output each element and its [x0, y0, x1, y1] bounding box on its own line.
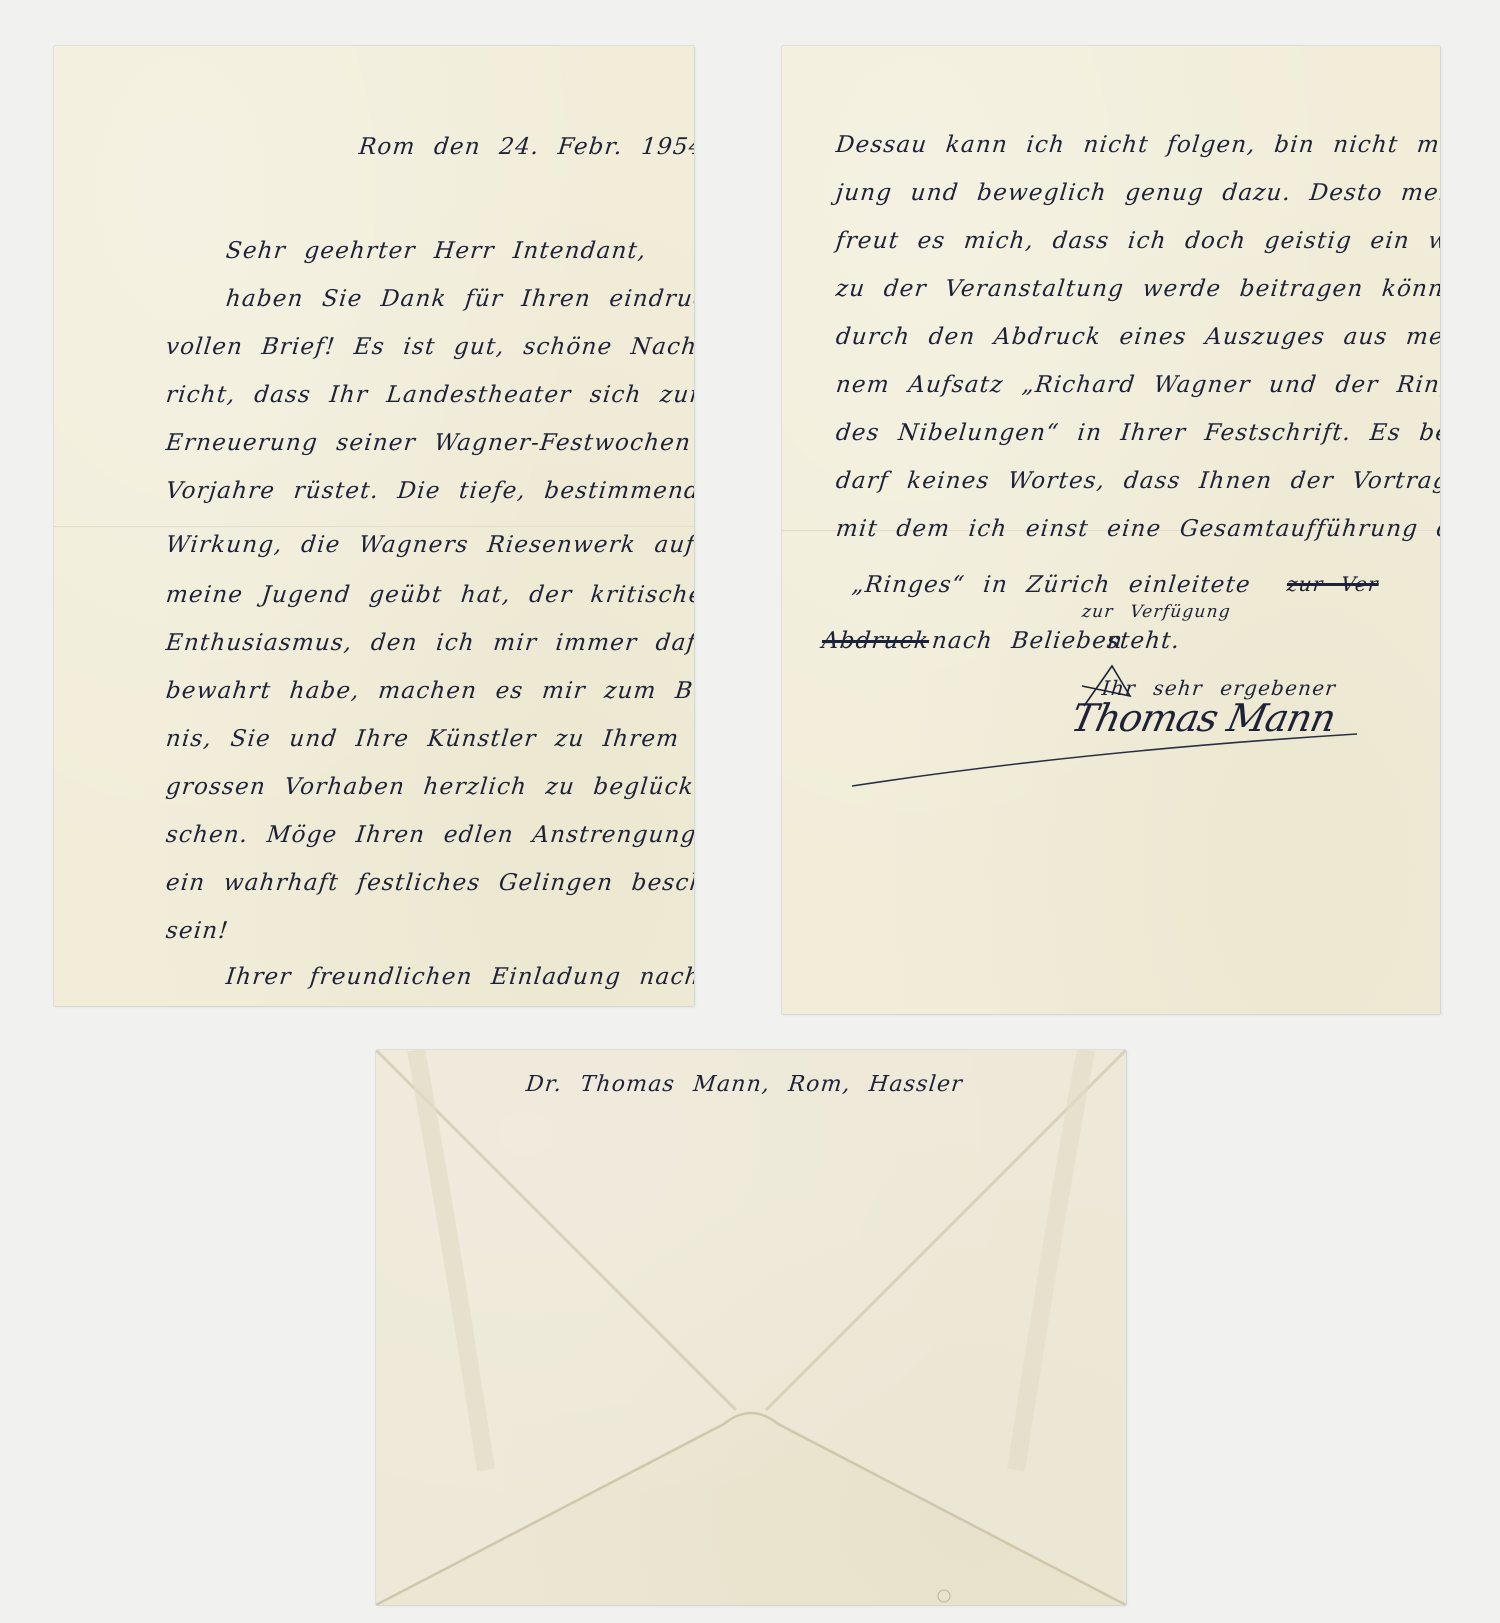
body-line: grossen Vorhaben herzlich zu beglückwün-: [165, 774, 694, 800]
body-line: nis, Sie und Ihre Künstler zu Ihrem: [165, 726, 681, 752]
letter-page-2: Dessau kann ich nicht folgen, bin nicht …: [782, 46, 1440, 1014]
body-line: schen. Möge Ihren edlen Anstrengungen: [165, 822, 694, 848]
body-line: haben Sie Dank für Ihren eindrucks-: [225, 286, 694, 312]
body-line: richt, dass Ihr Landestheater sich zur: [165, 382, 694, 408]
body-line: bewahrt habe, machen es mir zum Bedürf-: [165, 678, 694, 704]
body-line: Enthusiasmus, den ich mir immer dafür: [165, 630, 694, 656]
fold-line: [54, 526, 694, 528]
body-line: meine Jugend geübt hat, der kritische: [165, 582, 694, 608]
body-line: Wirkung, die Wagners Riesenwerk auf: [165, 532, 694, 558]
body-line: Vorjahre rüstet. Die tiefe, bestimmende: [165, 478, 694, 504]
sender-address: Dr. Thomas Mann, Rom, Hassler: [525, 1072, 965, 1097]
body-line: vollen Brief! Es ist gut, schöne Nach-: [165, 334, 694, 360]
dateline: Rom den 24. Febr. 1954: [358, 134, 694, 160]
body-line: Ihrer freundlichen Einladung nach: [225, 964, 694, 990]
envelope-flaps: [376, 1050, 1126, 1605]
body-line: sein!: [165, 918, 231, 944]
signature-flourish: [782, 46, 1440, 1014]
body-line: Erneuerung seiner Wagner-Festwochen vom: [165, 430, 694, 456]
envelope-back: Dr. Thomas Mann, Rom, Hassler: [376, 1050, 1126, 1605]
body-line: ein wahrhaft festliches Gelingen beschie…: [165, 870, 694, 896]
salutation: Sehr geehrter Herr Intendant,: [225, 238, 648, 264]
letter-page-1: Rom den 24. Febr. 1954 Sehr geehrter Her…: [54, 46, 694, 1006]
